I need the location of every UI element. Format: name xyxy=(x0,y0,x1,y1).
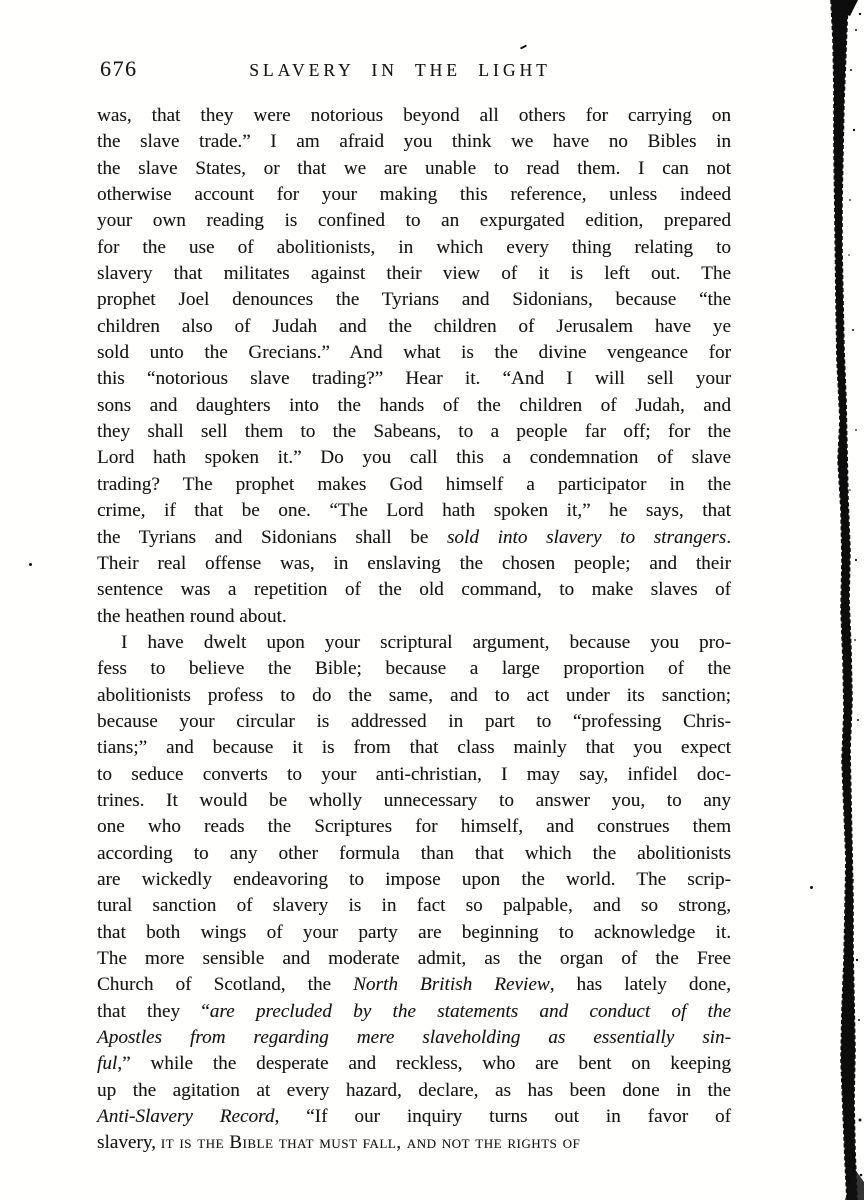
text-line: to seduce converts to your anti-christia… xyxy=(97,762,731,788)
text-line: that they “are precluded by the statemen… xyxy=(97,999,731,1025)
text-line: trading? The prophet makes God himself a… xyxy=(97,472,731,498)
text-line: slavery, it is the Bible that must fall,… xyxy=(97,1130,731,1156)
text-line: the Tyrians and Sidonians shall be sold … xyxy=(97,525,731,551)
text-line: for the use of abolitionists, in which e… xyxy=(97,235,731,261)
text-line: I have dwelt upon your scriptural argume… xyxy=(97,630,731,656)
text-line: Anti-Slavery Record, “If our inquiry tur… xyxy=(97,1104,731,1130)
text-line: Apostles from regarding mere slaveholdin… xyxy=(97,1025,731,1051)
text-line: trines. It would be wholly unnecessary t… xyxy=(97,788,731,814)
page-text: was, that they were notorious beyond all… xyxy=(97,103,731,1157)
text-line: the slave States, or that we are unable … xyxy=(97,156,731,182)
text-line: because your circular is addressed in pa… xyxy=(97,709,731,735)
text-line: otherwise account for your making this r… xyxy=(97,182,731,208)
text-line: abolitionists profess to do the same, an… xyxy=(97,683,731,709)
scan-speck xyxy=(520,44,527,49)
text-line: sold unto the Grecians.” And what is the… xyxy=(97,340,731,366)
scan-speck xyxy=(29,563,32,566)
text-line: sons and daughters into the hands of the… xyxy=(97,393,731,419)
text-line: according to any other formula than that… xyxy=(97,841,731,867)
text-line: was, that they were notorious beyond all… xyxy=(97,103,731,129)
text-line: fess to believe the Bible; because a lar… xyxy=(97,656,731,682)
text-line: tural sanction of slavery is in fact so … xyxy=(97,893,731,919)
text-line: sentence was a repetition of the old com… xyxy=(97,577,731,603)
text-line: ful,” while the desperate and reckless, … xyxy=(97,1051,731,1077)
text-line: slavery that militates against their vie… xyxy=(97,261,731,287)
text-line: the heathen round about. xyxy=(97,604,731,630)
text-line: Their real offense was, in enslaving the… xyxy=(97,551,731,577)
text-line: crime, if that be one. “The Lord hath sp… xyxy=(97,498,731,524)
running-header: SLAVERY IN THE LIGHT xyxy=(83,60,717,81)
text-line: tians;” and because it is from that clas… xyxy=(97,735,731,761)
text-line: are wickedly endeavoring to impose upon … xyxy=(97,867,731,893)
text-line: up the agitation at every hazard, declar… xyxy=(97,1078,731,1104)
book-page: 676 SLAVERY IN THE LIGHT was, that they … xyxy=(0,0,864,1200)
text-line: this “notorious slave trading?” Hear it.… xyxy=(97,366,731,392)
text-line: your own reading is confined to an expur… xyxy=(97,208,731,234)
scan-binding-artifact xyxy=(820,0,864,1200)
text-line: The more sensible and moderate admit, as… xyxy=(97,946,731,972)
scan-speck xyxy=(810,886,813,889)
text-line: Church of Scotland, the North British Re… xyxy=(97,972,731,998)
text-line: that both wings of your party are beginn… xyxy=(97,920,731,946)
text-line: Lord hath spoken it.” Do you call this a… xyxy=(97,445,731,471)
text-line: children also of Judah and the children … xyxy=(97,314,731,340)
text-line: one who reads the Scriptures for himself… xyxy=(97,814,731,840)
text-line: they shall sell them to the Sabeans, to … xyxy=(97,419,731,445)
text-line: the slave trade.” I am afraid you think … xyxy=(97,129,731,155)
text-line: prophet Joel denounces the Tyrians and S… xyxy=(97,287,731,313)
